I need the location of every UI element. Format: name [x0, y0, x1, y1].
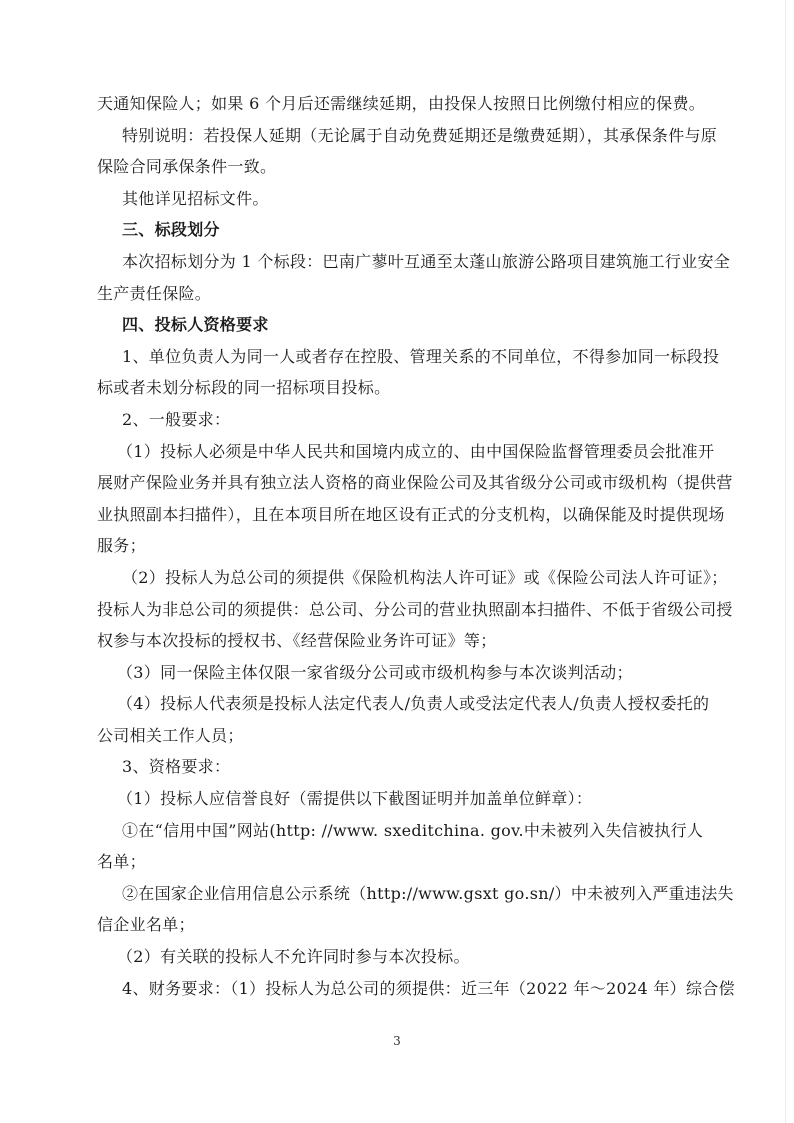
body-line: 其他详见招标文件。: [97, 183, 749, 215]
section-heading-bidder-qualifications: 四、投标人资格要求: [97, 309, 749, 341]
body-line: （3）同一保险主体仅限一家省级分公司或市级机构参与本次谈判活动；: [97, 657, 749, 689]
body-line: 公司相关工作人员；: [97, 720, 749, 752]
body-line: 服务；: [97, 530, 749, 562]
body-line: ①在“信用中国”网站(http: //www. sxeditchina. gov…: [97, 815, 749, 847]
body-line: 业执照副本扫描件），且在本项目所在地区设有正式的分支机构，以确保能及时提供现场: [97, 499, 749, 531]
body-line: （2）投标人为总公司的须提供《保险机构法人许可证》或《保险公司法人许可证》；: [97, 562, 749, 594]
body-line: 生产责任保险。: [97, 278, 749, 310]
body-line: ②在国家企业信用信息公示系统（http://www.gsxt go.sn/）中未…: [97, 878, 749, 910]
body-line: 3、资格要求：: [97, 751, 749, 783]
body-line: 2、一般要求：: [97, 404, 749, 436]
body-line: 名单；: [97, 846, 749, 878]
page-number: 3: [0, 1034, 794, 1048]
page-edge: [785, 0, 786, 1123]
body-line: 1、单位负责人为同一人或者存在控股、管理关系的不同单位，不得参加同一标段投: [97, 341, 749, 373]
body-line: 标或者未划分标段的同一招标项目投标。: [97, 372, 749, 404]
body-line: 权参与本次投标的授权书、《经营保险业务许可证》等；: [97, 625, 749, 657]
body-line: 投标人为非总公司的须提供：总公司、分公司的营业执照副本扫描件、不低于省级公司授: [97, 594, 749, 626]
body-line: （2）有关联的投标人不允许同时参与本次投标。: [97, 941, 749, 973]
body-line: （1）投标人应信誉良好（需提供以下截图证明并加盖单位鲜章）：: [97, 783, 749, 815]
body-line: 特别说明：若投保人延期（无论属于自动免费延期还是缴费延期），其承保条件与原: [97, 120, 749, 152]
body-line: 展财产保险业务并具有独立法人资格的商业保险公司及其省级分公司或市级机构（提供营: [97, 467, 749, 499]
body-line: （4）投标人代表须是投标人法定代表人/负责人或受法定代表人/负责人授权委托的: [97, 688, 749, 720]
body-line: 天通知保险人；如果 6 个月后还需继续延期，由投保人按照日比例缴付相应的保费。: [97, 88, 749, 120]
body-line: （1）投标人必须是中华人民共和国境内成立的、由中国保险监督管理委员会批准开: [97, 436, 749, 468]
section-heading-bid-sections: 三、标段划分: [97, 214, 749, 246]
body-line: 4、财务要求：（1）投标人为总公司的须提供：近三年（2022 年～2024 年）…: [97, 973, 749, 1005]
body-line: 本次招标划分为 1 个标段：巴南广蓼叶互通至太蓬山旅游公路项目建筑施工行业安全: [97, 246, 749, 278]
document-body: 天通知保险人；如果 6 个月后还需继续延期，由投保人按照日比例缴付相应的保费。 …: [97, 88, 749, 1004]
body-line: 保险合同承保条件一致。: [97, 151, 749, 183]
document-page: 天通知保险人；如果 6 个月后还需继续延期，由投保人按照日比例缴付相应的保费。 …: [0, 0, 794, 1123]
body-line: 信企业名单；: [97, 909, 749, 941]
